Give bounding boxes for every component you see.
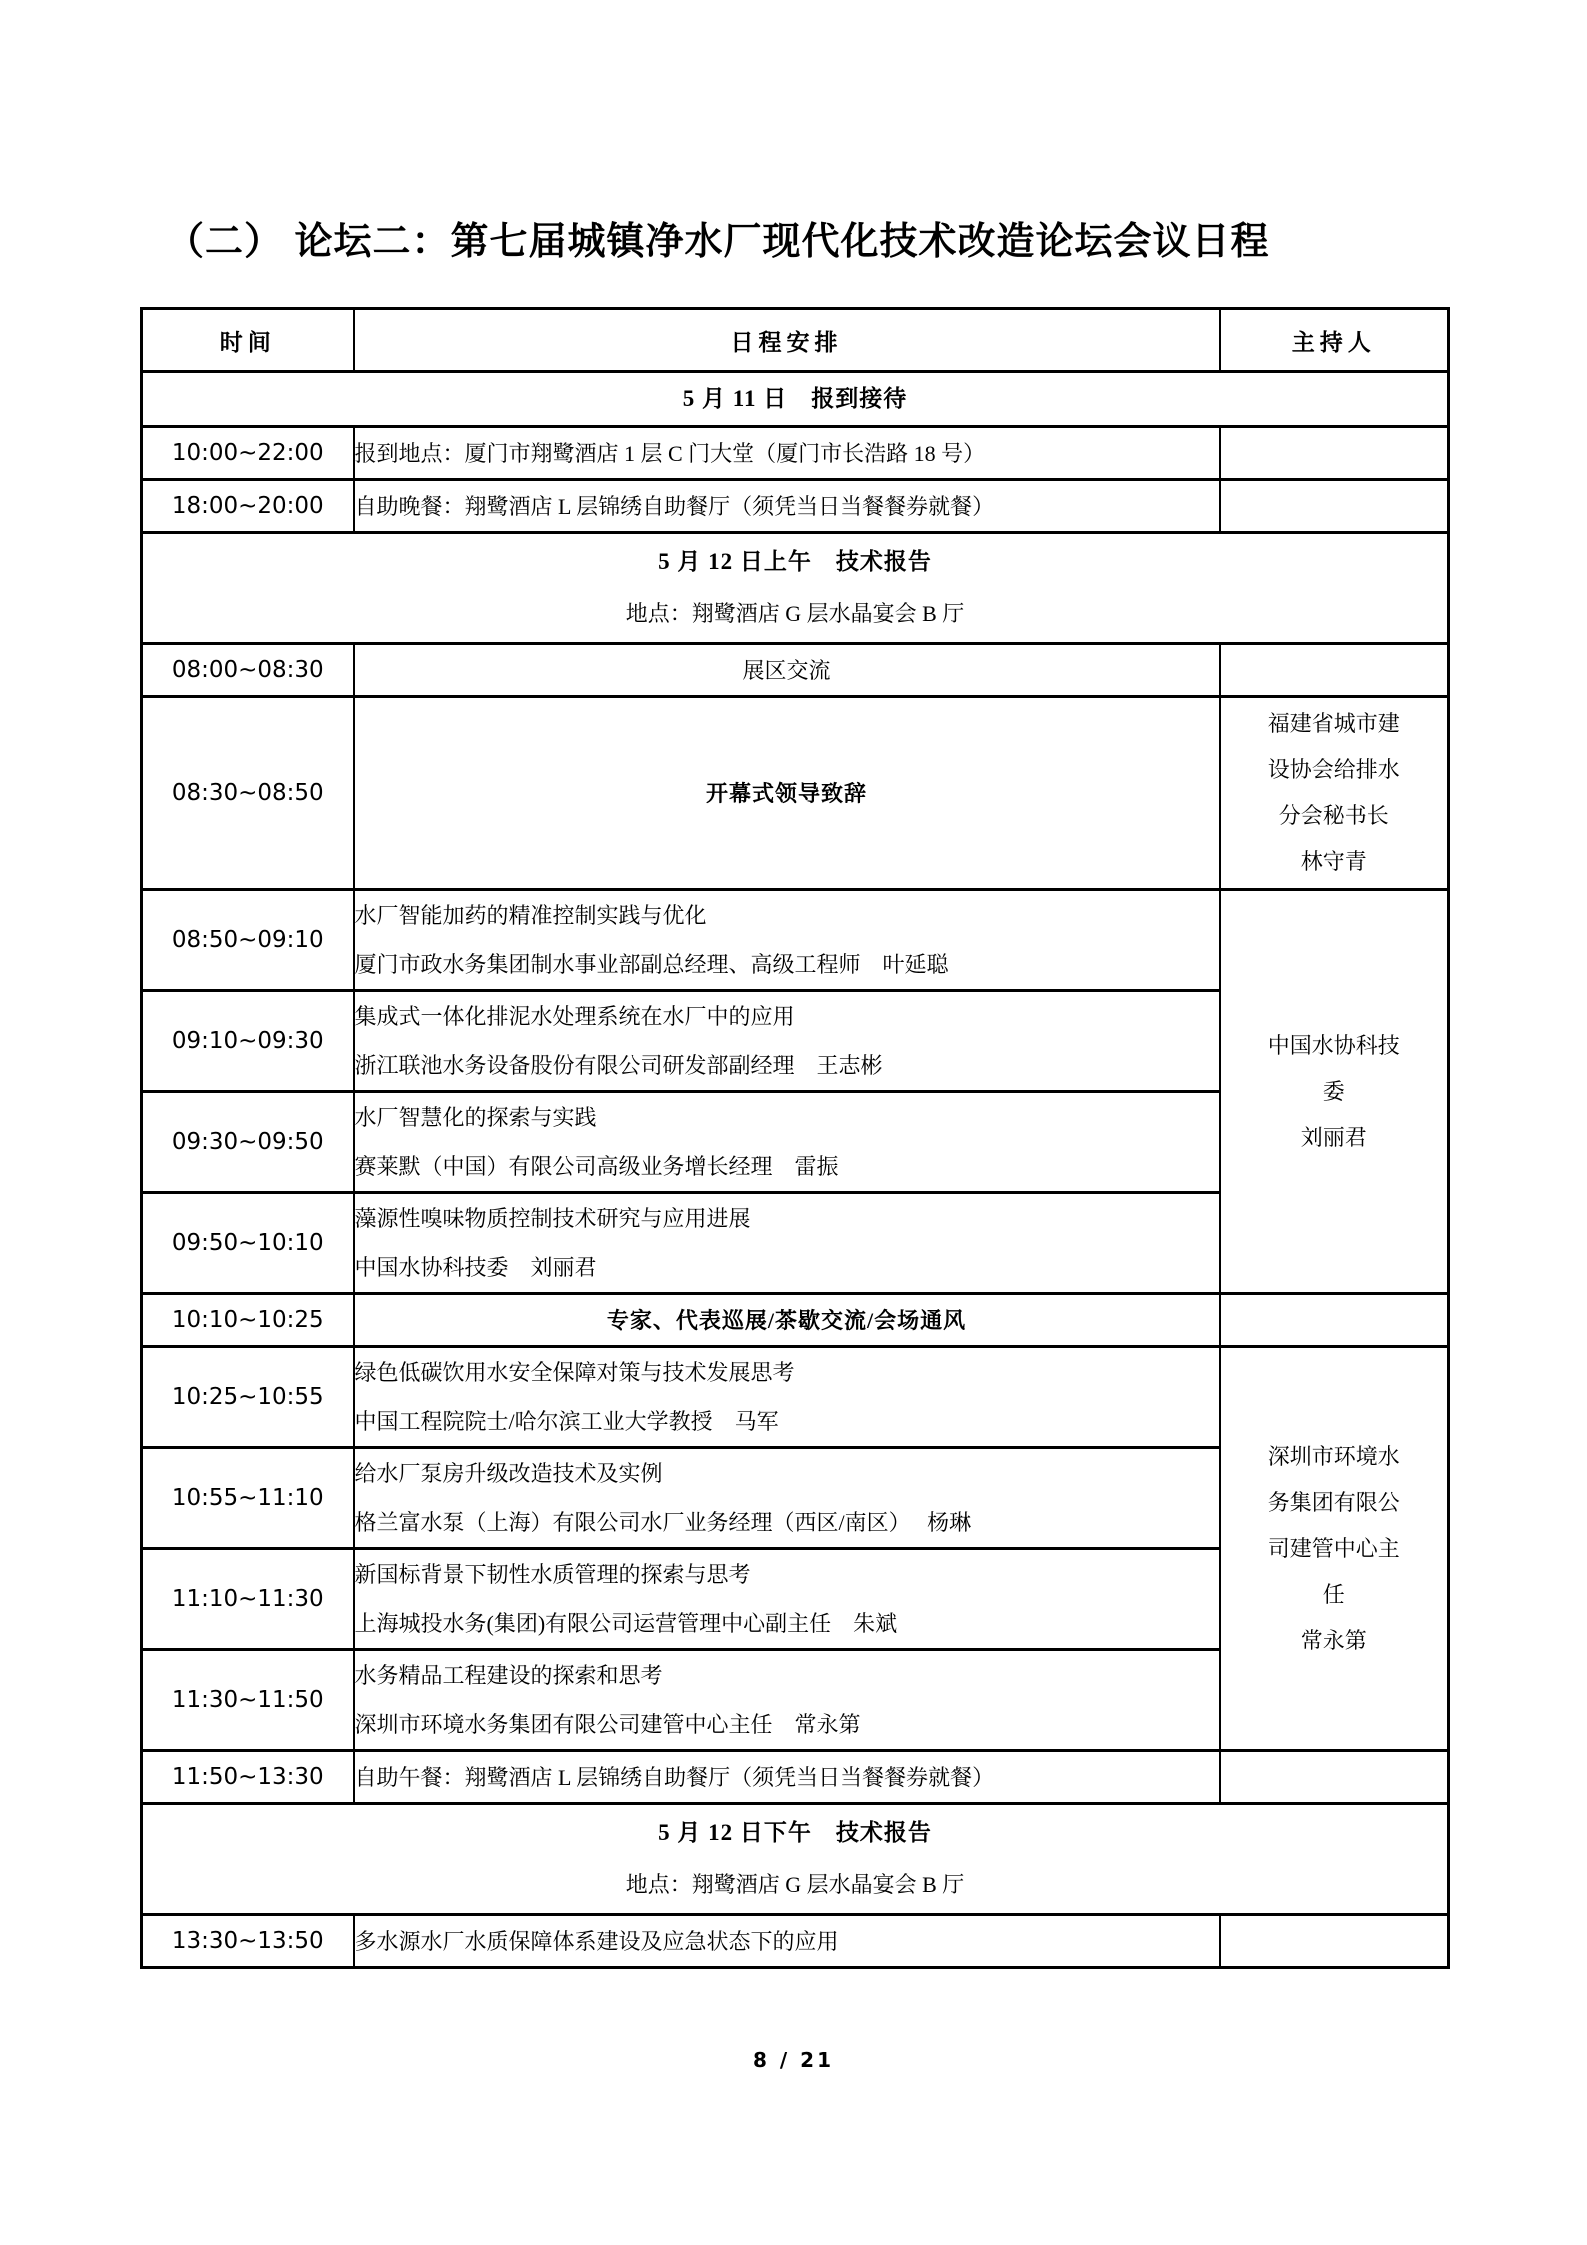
agenda-cell: 新国标背景下韧性水质管理的探索与思考上海城投水务(集团)有限公司运营管理中心副主… <box>354 1549 1220 1650</box>
header-row: 时间日程安排主持人 <box>142 309 1449 372</box>
schedule-table-container: 时间日程安排主持人5 月 11 日 报到接待10:00~22:00报到地点：厦门… <box>140 307 1447 1969</box>
time-cell: 08:00~08:30 <box>142 644 354 697</box>
page-title: （二） 论坛二：第七届城镇净水厂现代化技术改造论坛会议日程 <box>166 210 1270 265</box>
agenda-cell: 水务精品工程建设的探索和思考深圳市环境水务集团有限公司建管中心主任 常永第 <box>354 1650 1220 1751</box>
talk-title: 藻源性嗅味物质控制技术研究与应用进展 <box>355 1194 1219 1243</box>
section-cell: 5 月 11 日 报到接待 <box>142 372 1449 427</box>
talk-title: 水厂智能加药的精准控制实践与优化 <box>355 891 1219 940</box>
host-cell <box>1220 1915 1449 1968</box>
agenda-cell: 展区交流 <box>354 644 1220 697</box>
agenda-text: 自助晚餐：翔鹭酒店 L 层锦绣自助餐厅（须凭当日当餐餐券就餐） <box>355 482 1219 531</box>
agenda-text: 多水源水厂水质保障体系建设及应急状态下的应用 <box>355 1917 1219 1966</box>
section-title: 5 月 11 日 报到接待 <box>143 373 1447 425</box>
date-section-row: 5 月 12 日下午 技术报告地点：翔鹭酒店 G 层水晶宴会 B 厅 <box>142 1804 1449 1915</box>
time-cell: 18:00~20:00 <box>142 480 354 533</box>
time-cell: 09:50~10:10 <box>142 1193 354 1294</box>
time-cell: 09:10~09:30 <box>142 991 354 1092</box>
agenda-text: 开幕式领导致辞 <box>355 769 1219 818</box>
schedule-row: 10:25~10:55绿色低碳饮用水安全保障对策与技术发展思考中国工程院院士/哈… <box>142 1347 1449 1448</box>
agenda-cell: 报到地点：厦门市翔鹭酒店 1 层 C 门大堂（厦门市长浩路 18 号） <box>354 427 1220 480</box>
agenda-cell: 多水源水厂水质保障体系建设及应急状态下的应用 <box>354 1915 1220 1968</box>
column-header-host: 主持人 <box>1220 309 1449 372</box>
time-cell: 09:30~09:50 <box>142 1092 354 1193</box>
schedule-table: 时间日程安排主持人5 月 11 日 报到接待10:00~22:00报到地点：厦门… <box>140 307 1450 1969</box>
talk-speaker: 厦门市政水务集团制水事业部副总经理、高级工程师 叶延聪 <box>355 940 1219 989</box>
host-cell: 中国水协科技委 刘丽君 <box>1220 890 1449 1294</box>
host-name: 深圳市环境水务集团有限公司建管中心主任 常永第 <box>1266 1434 1402 1664</box>
date-section-row: 5 月 12 日上午 技术报告地点：翔鹭酒店 G 层水晶宴会 B 厅 <box>142 533 1449 644</box>
host-cell <box>1220 1294 1449 1347</box>
section-location: 地点：翔鹭酒店 G 层水晶宴会 B 厅 <box>143 588 1447 640</box>
date-section-row: 5 月 11 日 报到接待 <box>142 372 1449 427</box>
section-cell: 5 月 12 日上午 技术报告地点：翔鹭酒店 G 层水晶宴会 B 厅 <box>142 533 1449 644</box>
host-cell: 深圳市环境水务集团有限公司建管中心主任 常永第 <box>1220 1347 1449 1751</box>
schedule-table-body: 时间日程安排主持人5 月 11 日 报到接待10:00~22:00报到地点：厦门… <box>142 309 1449 1968</box>
schedule-row: 08:50~09:10水厂智能加药的精准控制实践与优化厦门市政水务集团制水事业部… <box>142 890 1449 991</box>
host-cell <box>1220 480 1449 533</box>
section-title: 5 月 12 日上午 技术报告 <box>143 536 1447 588</box>
agenda-cell: 自助午餐：翔鹭酒店 L 层锦绣自助餐厅（须凭当日当餐餐券就餐） <box>354 1751 1220 1804</box>
host-name: 中国水协科技委 刘丽君 <box>1266 1023 1402 1161</box>
agenda-cell: 绿色低碳饮用水安全保障对策与技术发展思考中国工程院院士/哈尔滨工业大学教授 马军 <box>354 1347 1220 1448</box>
talk-speaker: 格兰富水泵（上海）有限公司水厂业务经理（西区/南区） 杨琳 <box>355 1498 1219 1547</box>
talk-speaker: 赛莱默（中国）有限公司高级业务增长经理 雷振 <box>355 1142 1219 1191</box>
section-cell: 5 月 12 日下午 技术报告地点：翔鹭酒店 G 层水晶宴会 B 厅 <box>142 1804 1449 1915</box>
column-header-time: 时间 <box>142 309 354 372</box>
time-cell: 08:30~08:50 <box>142 697 354 890</box>
talk-title: 绿色低碳饮用水安全保障对策与技术发展思考 <box>355 1348 1219 1397</box>
section-title: 5 月 12 日下午 技术报告 <box>143 1807 1447 1859</box>
schedule-row: 08:00~08:30展区交流 <box>142 644 1449 697</box>
agenda-cell: 自助晚餐：翔鹭酒店 L 层锦绣自助餐厅（须凭当日当餐餐券就餐） <box>354 480 1220 533</box>
talk-speaker: 浙江联池水务设备股份有限公司研发部副经理 王志彬 <box>355 1041 1219 1090</box>
time-cell: 08:50~09:10 <box>142 890 354 991</box>
schedule-row: 08:30~08:50开幕式领导致辞福建省城市建设协会给排水分会秘书长 林守青 <box>142 697 1449 890</box>
time-cell: 13:30~13:50 <box>142 1915 354 1968</box>
host-name: 福建省城市建设协会给排水分会秘书长 林守青 <box>1266 701 1402 885</box>
section-location: 地点：翔鹭酒店 G 层水晶宴会 B 厅 <box>143 1859 1447 1911</box>
time-cell: 10:00~22:00 <box>142 427 354 480</box>
page-number: 8 / 21 <box>0 2048 1587 2072</box>
schedule-row: 10:00~22:00报到地点：厦门市翔鹭酒店 1 层 C 门大堂（厦门市长浩路… <box>142 427 1449 480</box>
agenda-text: 报到地点：厦门市翔鹭酒店 1 层 C 门大堂（厦门市长浩路 18 号） <box>355 429 1219 478</box>
document-page: （二） 论坛二：第七届城镇净水厂现代化技术改造论坛会议日程 时间日程安排主持人5… <box>0 0 1587 2245</box>
time-cell: 11:10~11:30 <box>142 1549 354 1650</box>
talk-title: 水厂智慧化的探索与实践 <box>355 1093 1219 1142</box>
schedule-row: 13:30~13:50多水源水厂水质保障体系建设及应急状态下的应用 <box>142 1915 1449 1968</box>
time-cell: 10:25~10:55 <box>142 1347 354 1448</box>
agenda-cell: 藻源性嗅味物质控制技术研究与应用进展中国水协科技委 刘丽君 <box>354 1193 1220 1294</box>
agenda-cell: 集成式一体化排泥水处理系统在水厂中的应用浙江联池水务设备股份有限公司研发部副经理… <box>354 991 1220 1092</box>
host-cell <box>1220 1751 1449 1804</box>
host-cell: 福建省城市建设协会给排水分会秘书长 林守青 <box>1220 697 1449 890</box>
talk-speaker: 中国工程院院士/哈尔滨工业大学教授 马军 <box>355 1397 1219 1446</box>
talk-speaker: 中国水协科技委 刘丽君 <box>355 1243 1219 1292</box>
talk-title: 集成式一体化排泥水处理系统在水厂中的应用 <box>355 992 1219 1041</box>
agenda-text: 展区交流 <box>355 646 1219 695</box>
host-cell <box>1220 644 1449 697</box>
agenda-cell: 水厂智慧化的探索与实践赛莱默（中国）有限公司高级业务增长经理 雷振 <box>354 1092 1220 1193</box>
schedule-row: 18:00~20:00自助晚餐：翔鹭酒店 L 层锦绣自助餐厅（须凭当日当餐餐券就… <box>142 480 1449 533</box>
agenda-cell: 开幕式领导致辞 <box>354 697 1220 890</box>
agenda-cell: 专家、代表巡展/茶歇交流/会场通风 <box>354 1294 1220 1347</box>
time-cell: 11:30~11:50 <box>142 1650 354 1751</box>
time-cell: 11:50~13:30 <box>142 1751 354 1804</box>
talk-title: 新国标背景下韧性水质管理的探索与思考 <box>355 1550 1219 1599</box>
time-cell: 10:10~10:25 <box>142 1294 354 1347</box>
agenda-text: 专家、代表巡展/茶歇交流/会场通风 <box>355 1296 1219 1345</box>
talk-speaker: 深圳市环境水务集团有限公司建管中心主任 常永第 <box>355 1700 1219 1749</box>
schedule-row: 11:50~13:30自助午餐：翔鹭酒店 L 层锦绣自助餐厅（须凭当日当餐餐券就… <box>142 1751 1449 1804</box>
time-cell: 10:55~11:10 <box>142 1448 354 1549</box>
agenda-cell: 给水厂泵房升级改造技术及实例格兰富水泵（上海）有限公司水厂业务经理（西区/南区）… <box>354 1448 1220 1549</box>
agenda-text: 自助午餐：翔鹭酒店 L 层锦绣自助餐厅（须凭当日当餐餐券就餐） <box>355 1753 1219 1802</box>
column-header-agenda: 日程安排 <box>354 309 1220 372</box>
host-cell <box>1220 427 1449 480</box>
talk-title: 水务精品工程建设的探索和思考 <box>355 1651 1219 1700</box>
agenda-cell: 水厂智能加药的精准控制实践与优化厦门市政水务集团制水事业部副总经理、高级工程师 … <box>354 890 1220 991</box>
schedule-row: 10:10~10:25专家、代表巡展/茶歇交流/会场通风 <box>142 1294 1449 1347</box>
talk-title: 给水厂泵房升级改造技术及实例 <box>355 1449 1219 1498</box>
talk-speaker: 上海城投水务(集团)有限公司运营管理中心副主任 朱斌 <box>355 1599 1219 1648</box>
